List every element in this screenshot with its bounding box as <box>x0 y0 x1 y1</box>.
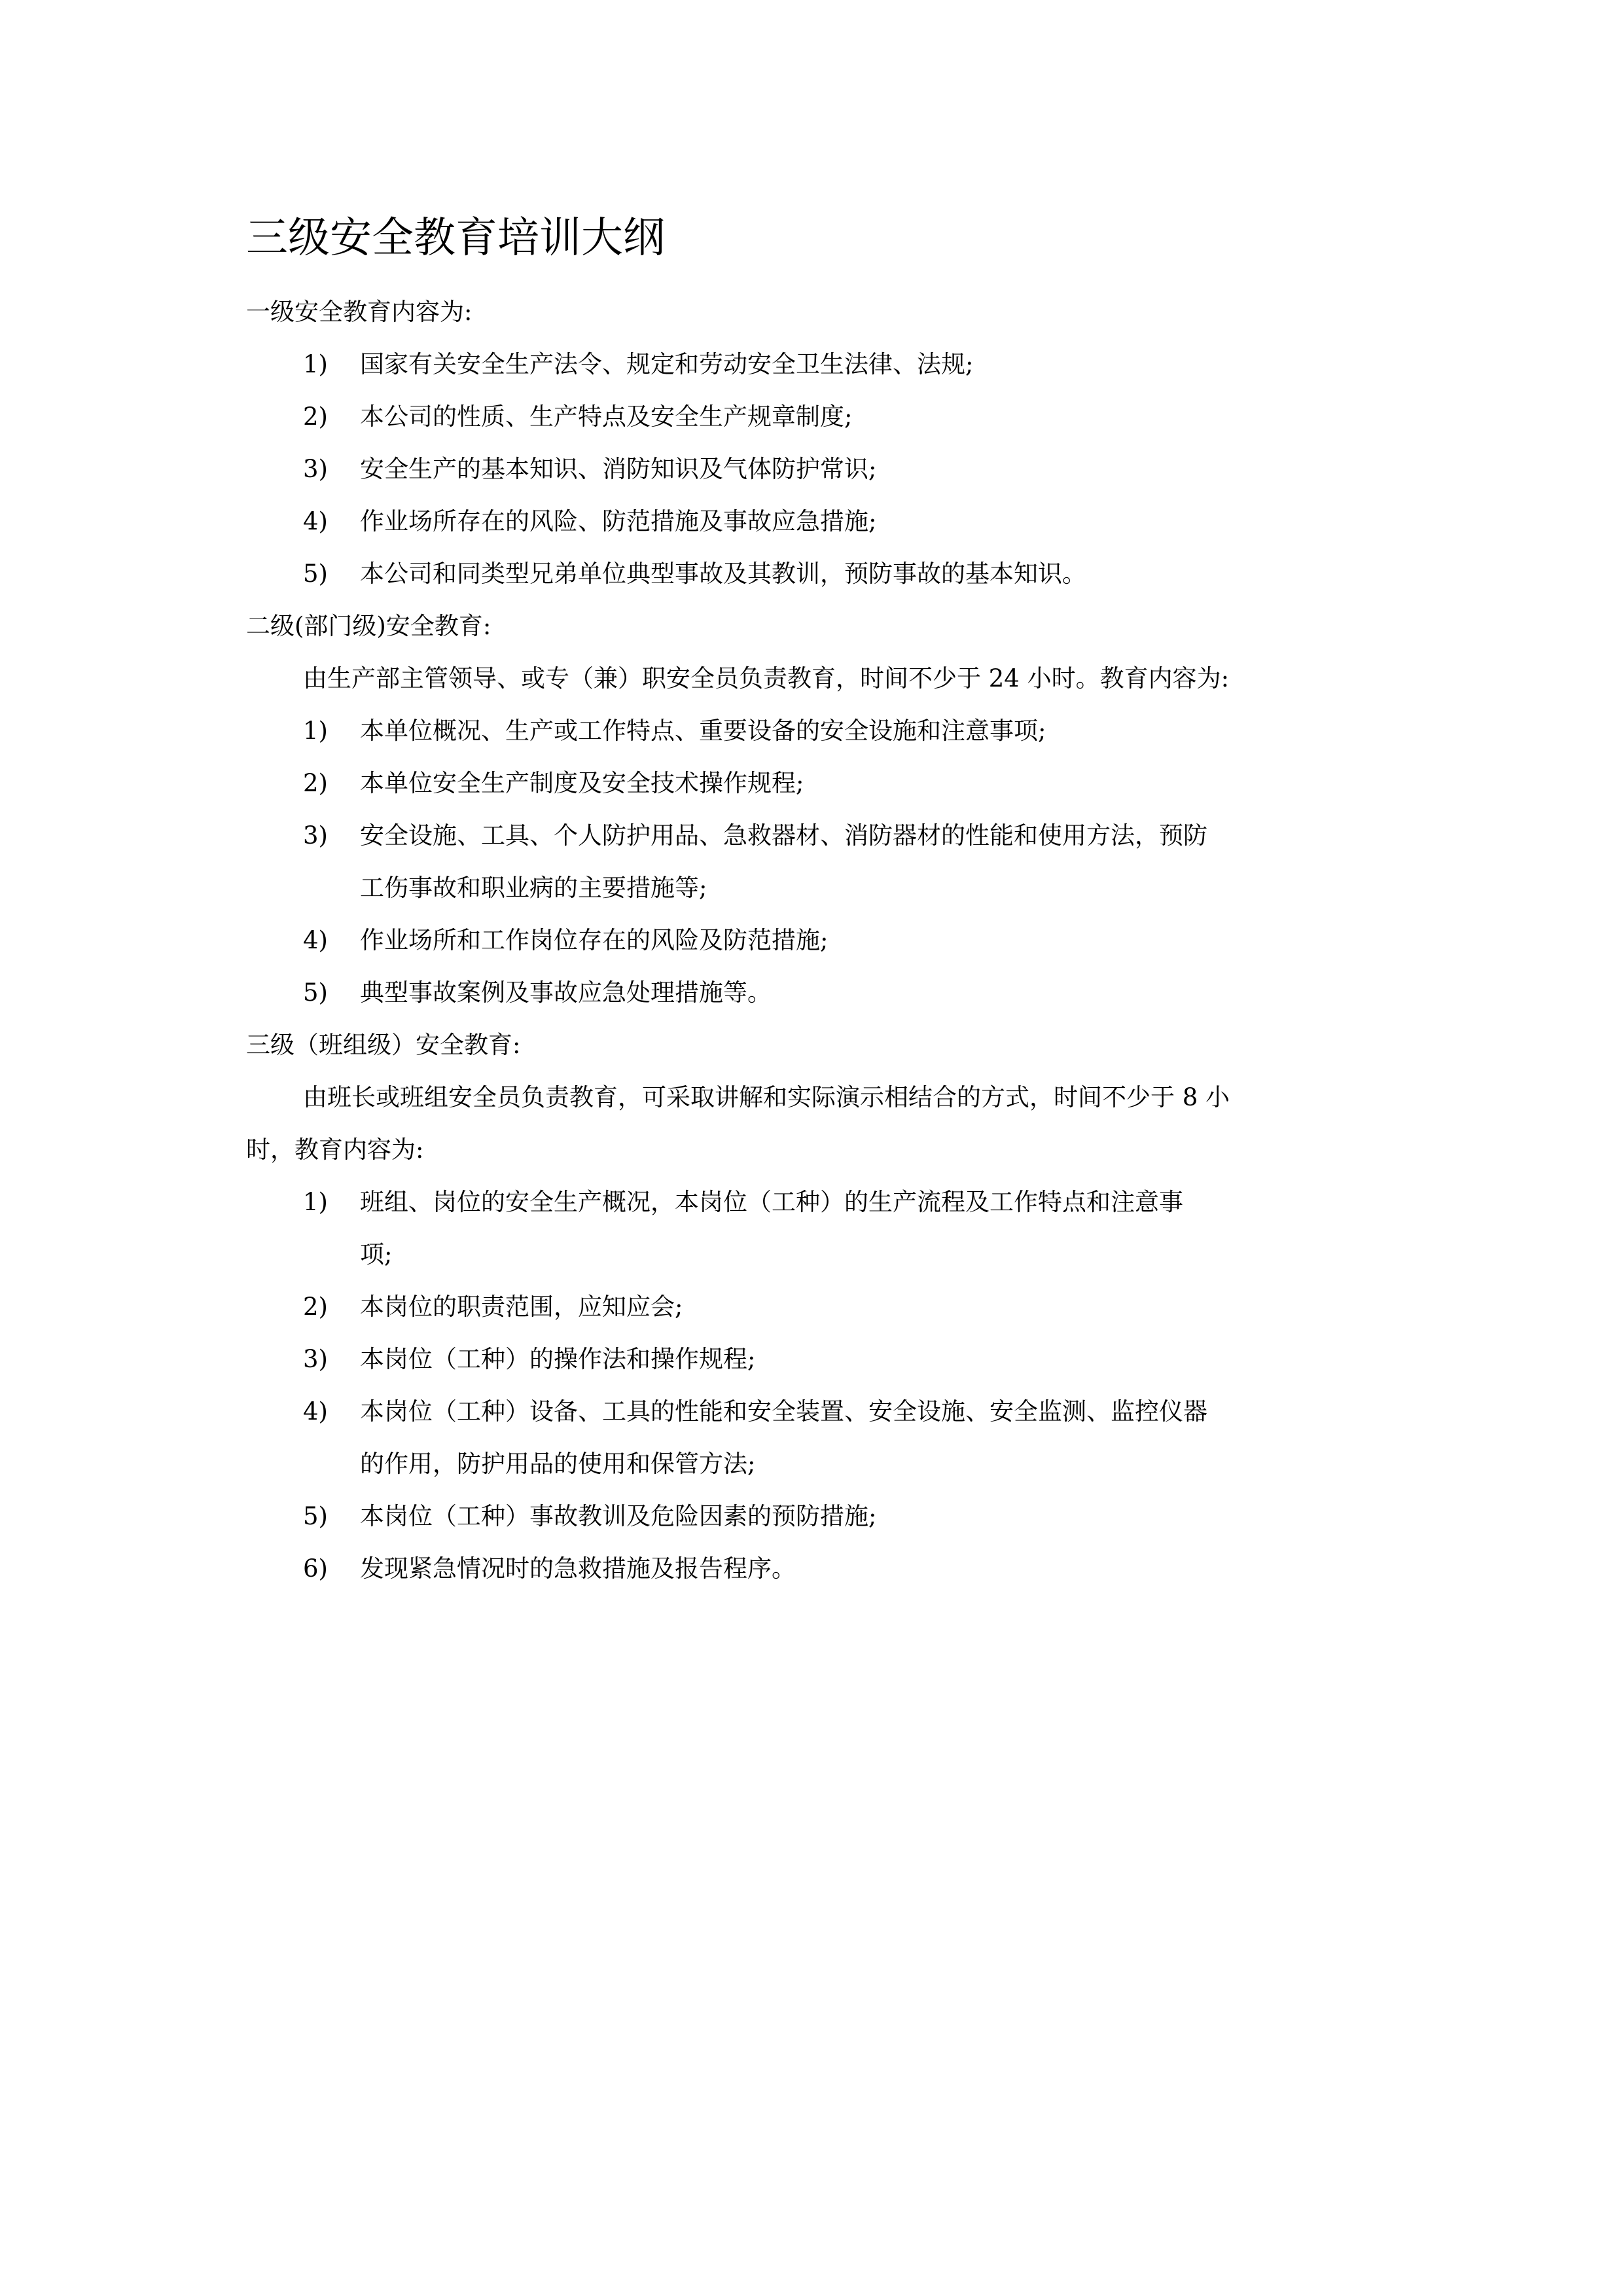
list-item: 5)本公司和同类型兄弟单位典型事故及其教训，预防事故的基本知识。 <box>246 548 1391 600</box>
item-text: 本单位安全生产制度及安全技术操作规程; <box>360 769 804 797</box>
list-item: 1)班组、岗位的安全生产概况，本岗位（工种）的生产流程及工作特点和注意事 <box>246 1176 1391 1229</box>
list-item-continuation: 工伤事故和职业病的主要措施等; <box>246 862 1391 914</box>
document-title: 三级安全教育培训大纲 <box>246 211 665 266</box>
item-number: 2) <box>303 757 328 810</box>
item-number: 5) <box>303 967 328 1019</box>
item-number: 5) <box>303 1490 328 1543</box>
section-intro: 由班长或班组安全员负责教育，可采取讲解和实际演示相结合的方式，时间不少于 8 小 <box>246 1071 1391 1124</box>
list-item: 1)本单位概况、生产或工作特点、重要设备的安全设施和注意事项; <box>246 705 1391 757</box>
item-text: 安全生产的基本知识、消防知识及气体防护常识; <box>360 455 876 483</box>
item-number: 1) <box>303 1176 328 1229</box>
item-number: 1) <box>303 338 328 391</box>
item-number: 4) <box>303 914 328 967</box>
list-item-continuation: 的作用，防护用品的使用和保管方法; <box>246 1438 1391 1490</box>
item-text: 本岗位（工种）设备、工具的性能和安全装置、安全设施、安全监测、监控仪器 <box>360 1397 1207 1426</box>
item-number: 4) <box>303 1386 328 1438</box>
list-item: 3)安全设施、工具、个人防护用品、急救器材、消防器材的性能和使用方法，预防 <box>246 810 1391 862</box>
item-text: 发现紧急情况时的急救措施及报告程序。 <box>360 1554 796 1583</box>
section-intro-continuation: 时，教育内容为: <box>246 1124 1391 1176</box>
item-text: 本岗位（工种）的操作法和操作规程; <box>360 1345 755 1373</box>
list-item: 5)本岗位（工种）事故教训及危险因素的预防措施; <box>246 1490 1391 1543</box>
item-number: 3) <box>303 810 328 862</box>
item-number: 4) <box>303 495 328 548</box>
item-number: 1) <box>303 705 328 757</box>
list-item: 4)作业场所和工作岗位存在的风险及防范措施; <box>246 914 1391 967</box>
list-item: 3)本岗位（工种）的操作法和操作规程; <box>246 1333 1391 1386</box>
item-number: 5) <box>303 548 328 600</box>
section-heading-level-1: 一级安全教育内容为: <box>246 286 1391 338</box>
section-heading-level-2: 二级(部门级)安全教育: <box>246 600 1391 653</box>
list-item: 3)安全生产的基本知识、消防知识及气体防护常识; <box>246 443 1391 495</box>
section-intro: 由生产部主管领导、或专（兼）职安全员负责教育，时间不少于 24 小时。教育内容为… <box>246 653 1391 705</box>
item-text: 作业场所和工作岗位存在的风险及防范措施; <box>360 926 828 954</box>
list-item: 1)国家有关安全生产法令、规定和劳动安全卫生法律、法规; <box>246 338 1391 391</box>
section-heading-level-3: 三级（班组级）安全教育: <box>246 1019 1391 1071</box>
item-text: 安全设施、工具、个人防护用品、急救器材、消防器材的性能和使用方法，预防 <box>360 821 1207 850</box>
item-text: 本单位概况、生产或工作特点、重要设备的安全设施和注意事项; <box>360 717 1046 745</box>
item-text: 本岗位（工种）事故教训及危险因素的预防措施; <box>360 1502 876 1530</box>
list-item: 4)本岗位（工种）设备、工具的性能和安全装置、安全设施、安全监测、监控仪器 <box>246 1386 1391 1438</box>
item-text: 本岗位的职责范围，应知应会; <box>360 1293 683 1321</box>
list-item: 6)发现紧急情况时的急救措施及报告程序。 <box>246 1543 1391 1595</box>
item-number: 3) <box>303 443 328 495</box>
list-item: 2)本岗位的职责范围，应知应会; <box>246 1281 1391 1333</box>
item-number: 2) <box>303 1281 328 1333</box>
item-number: 3) <box>303 1333 328 1386</box>
list-item: 4)作业场所存在的风险、防范措施及事故应急措施; <box>246 495 1391 548</box>
list-item: 5)典型事故案例及事故应急处理措施等。 <box>246 967 1391 1019</box>
item-text: 国家有关安全生产法令、规定和劳动安全卫生法律、法规; <box>360 350 973 378</box>
item-text: 典型事故案例及事故应急处理措施等。 <box>360 978 772 1007</box>
document-body: 一级安全教育内容为: 1)国家有关安全生产法令、规定和劳动安全卫生法律、法规; … <box>246 286 1391 1595</box>
list-item-continuation: 项; <box>246 1229 1391 1281</box>
item-text: 班组、岗位的安全生产概况，本岗位（工种）的生产流程及工作特点和注意事 <box>360 1188 1183 1216</box>
item-number: 6) <box>303 1543 328 1595</box>
item-text: 本公司和同类型兄弟单位典型事故及其教训，预防事故的基本知识。 <box>360 560 1086 588</box>
list-item: 2)本单位安全生产制度及安全技术操作规程; <box>246 757 1391 810</box>
list-item: 2)本公司的性质、生产特点及安全生产规章制度; <box>246 391 1391 443</box>
item-text: 作业场所存在的风险、防范措施及事故应急措施; <box>360 507 876 535</box>
item-text: 本公司的性质、生产特点及安全生产规章制度; <box>360 403 852 431</box>
item-number: 2) <box>303 391 328 443</box>
document-page: 三级安全教育培训大纲 一级安全教育内容为: 1)国家有关安全生产法令、规定和劳动… <box>0 0 1623 2296</box>
